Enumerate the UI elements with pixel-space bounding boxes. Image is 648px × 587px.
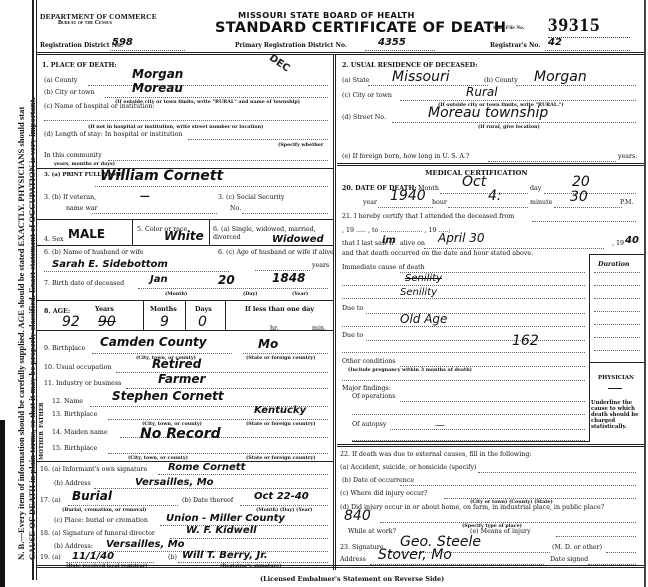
cause-box-bottom: [352, 441, 589, 442]
industry-label: 11. Industry or business: [44, 380, 121, 388]
informant-addr-label: (b) Address: [54, 480, 91, 488]
operations-line: [400, 401, 585, 402]
residence-street-line: [392, 122, 636, 123]
spouse-line: [44, 271, 229, 272]
informant-sig-value: Rome Cornett: [168, 461, 245, 474]
mother-birthplace-line: [108, 453, 328, 454]
birthplace-city-line: [92, 353, 232, 354]
residence-city-label: (c) City or town: [342, 92, 392, 100]
dod-minute-line: [554, 207, 622, 208]
external-b-label: (b) Date of occurrence: [342, 477, 414, 485]
funeral-director-label: 18. (a) Signature of funeral director: [40, 530, 155, 538]
alive-on-label: alive on: [400, 240, 425, 248]
certify-label: 21. I hereby certify that I attended the…: [342, 213, 514, 221]
autopsy-label: Of autopsy: [352, 421, 386, 429]
board-label: MISSOURI STATE BOARD OF HEALTH: [238, 10, 415, 20]
autopsy-line: [390, 429, 585, 430]
age-days-divider: [225, 300, 226, 330]
birth-day-caption: (Day): [243, 291, 258, 297]
due-to-1-line: [366, 313, 585, 314]
spouse-age-label: 6. (c) Age of husband or wife if alive: [218, 249, 334, 257]
informant-addr-value: Versailles, Mo: [135, 476, 214, 489]
autopsy-value: —: [435, 419, 445, 432]
mother-maiden-value: No Record: [140, 428, 221, 441]
primary-reg-line: [365, 50, 435, 51]
primary-reg-label: Primary Registration District No.: [235, 42, 347, 49]
death-occurred-label: and that death occurred on the date and …: [342, 250, 533, 258]
footer-note: (Licensed Embalmer's Statement on Revers…: [260, 575, 444, 583]
age-divider: [37, 330, 333, 331]
age-months-label: Months: [150, 306, 177, 314]
residence-city-line: [400, 100, 636, 101]
alive-year-prefix: , 19: [612, 240, 624, 248]
community-label: In this community: [44, 152, 102, 160]
dod-year-label: year: [363, 199, 377, 207]
father-name-label: 12. Name: [52, 398, 83, 406]
duration-line-2: [594, 285, 640, 286]
immediate-cause-struck: Senility: [405, 272, 442, 285]
death-county-label: (a) County: [44, 77, 77, 85]
external-a-label: (a) Accident, suicide, or homicide (spec…: [340, 464, 477, 472]
veteran-war-label: name war: [66, 205, 98, 213]
dod-day-line: [544, 193, 636, 194]
due-to-2-label: Due to: [342, 332, 363, 340]
birthplace-city-value: Camden County: [100, 336, 207, 349]
certificate-title: STANDARD CERTIFICATE OF DEATH: [215, 20, 506, 36]
other-conditions-line-2: [342, 380, 585, 381]
immediate-cause-label: Immediate cause of death: [342, 264, 425, 272]
registrar-sig-label: (b): [168, 554, 177, 562]
operations-label: Of operations: [352, 393, 395, 401]
side-note-line1: N. B.—Every item of information should b…: [16, 0, 27, 560]
veteran-value: —: [140, 190, 150, 203]
header-divider: [37, 52, 644, 55]
operations-line-2: [352, 414, 585, 415]
foreign-born-suffix: years.: [618, 153, 637, 161]
underline-note: Underline the cause to which death shoul…: [591, 400, 643, 430]
scan-edge-shadow: [0, 420, 5, 587]
received-caption: (Date received local registrar): [66, 563, 147, 569]
informant-sig-line: [158, 474, 328, 475]
residence-state-label: (a) State: [342, 77, 370, 85]
full-name-value: William Cornett: [100, 170, 223, 183]
due-to-1-value: Old Age: [400, 313, 447, 326]
duration-line-5: [594, 324, 640, 325]
date-signed-line: [588, 564, 636, 565]
dod-minute-value: 30: [570, 191, 588, 204]
father-state-caption: (State or foreign country): [246, 421, 315, 427]
residence-city-value: Rural: [466, 86, 498, 99]
burial-type-line: [68, 505, 178, 506]
mother-side-label: MOTHER: [38, 431, 46, 460]
birthplace-state-value: Mo: [258, 338, 278, 351]
outer-border: [32, 0, 37, 580]
funeral-director-value: W. F. Kidwell: [186, 524, 257, 537]
veteran-war-line: [92, 213, 217, 214]
age-years-divider: [143, 300, 144, 330]
foreign-born-label: (e) If foreign born, how long in U. S. A…: [342, 153, 469, 161]
dod-hour-label: hour: [432, 199, 447, 207]
father-side-label: FATHER: [38, 402, 46, 428]
burial-date-label: (b) Date thereof: [182, 497, 233, 505]
received-label: 19. (a): [40, 554, 61, 562]
certify-range: , 19 ..... , to ..................... , …: [342, 227, 451, 235]
occupation-label: 10. Usual occupation: [44, 364, 111, 372]
death-county-line: [88, 85, 328, 86]
physician-label: PHYSICIAN: [598, 374, 634, 382]
mother-maiden-label: 14. Maiden name: [52, 429, 108, 437]
registration-district-label: Registration District No.: [40, 42, 123, 49]
dod-hour-line: [448, 207, 528, 208]
immediate-cause-line-3: [342, 298, 585, 299]
birthplace-label: 9. Birthplace: [44, 345, 85, 353]
dod-month-value: Oct: [462, 176, 486, 189]
veteran-divider: [37, 219, 333, 220]
residence-county-label: (b) County: [484, 77, 518, 85]
immediate-cause-line-2: [342, 285, 585, 286]
death-city-label: (b) City or town: [44, 89, 94, 97]
dod-ampm: P.M.: [620, 199, 633, 207]
dod-hour-value: 4:: [488, 190, 502, 203]
registrar-line: [545, 50, 630, 51]
alive-on-line: [424, 248, 604, 249]
age-months-divider: [185, 300, 186, 330]
spouse-label: 6. (b) Name of husband or wife: [44, 249, 144, 257]
informant-sig-label: 16. (a) Informant's own signature: [40, 466, 147, 474]
cause-code-annotation: 162: [512, 335, 539, 348]
ssn-line: [242, 213, 328, 214]
residence-county-line: [516, 85, 636, 86]
due-to-1-line-2: [342, 326, 585, 327]
industry-value: Farmer: [158, 373, 205, 386]
hospital-label: (c) Name of hospital or institution:: [44, 103, 155, 111]
duration-bottom-border: [589, 362, 644, 363]
registrar-sig-value: Will T. Berry, Jr.: [182, 549, 268, 562]
age-hr-label: hr.: [270, 325, 278, 333]
duration-line-3: [594, 298, 640, 299]
occupation-line: [116, 372, 328, 373]
birth-year-value: 1848: [272, 272, 305, 285]
age-days-value: 0: [198, 316, 207, 329]
duration-label: Duration: [598, 261, 630, 269]
birth-year-caption: (Year): [292, 291, 308, 297]
birth-month-caption: (Month): [165, 291, 187, 297]
due-to-2-line: [366, 340, 585, 341]
external-b-line: [400, 485, 636, 486]
external-annotation: 840: [344, 510, 371, 523]
md-label: (M. D. or other): [552, 544, 602, 552]
director-addr-value: Versailles, Mo: [106, 538, 185, 551]
state-file-number: 39315: [548, 15, 630, 38]
birth-month-value: Jan: [150, 273, 168, 286]
residence-street-value: Moreau township: [428, 107, 548, 120]
dod-month-line: [440, 193, 528, 194]
dod-minute-label: minute: [530, 199, 552, 207]
date-signed-label: Date signed: [550, 556, 588, 564]
stay-line: [188, 139, 328, 140]
due-to-1-label: Due to: [342, 305, 363, 313]
center-divider: [333, 55, 336, 570]
external-heading: 22. If death was due to external causes,…: [340, 451, 532, 459]
age-years-struck: 90: [98, 316, 116, 329]
age-less-label: If less than one day: [245, 306, 314, 314]
burial-date-value: Oct 22-40: [254, 490, 309, 503]
external-c-label: (c) Where did injury occur?: [340, 490, 427, 498]
other-conditions-label: Other conditions: [342, 358, 396, 366]
alive-on-value: April 30: [438, 232, 485, 245]
received-stamp: DEC: [267, 53, 292, 75]
physician-addr-label: Address: [340, 556, 366, 564]
death-county-value: Morgan: [132, 68, 183, 81]
residence-divider: [337, 163, 644, 166]
age-min-label: min.: [312, 325, 326, 333]
registrar-value: 42: [548, 36, 562, 49]
race-value: White: [164, 230, 204, 243]
spouse-value: Sarah E. Sidebottom: [52, 258, 168, 271]
race-marital-divider: [209, 219, 210, 245]
residence-street-label: (d) Street No.: [342, 114, 386, 122]
age-years-value: 92: [62, 316, 80, 329]
dod-day-value: 20: [572, 176, 590, 189]
hospital-note: (If not in hospital or institution, writ…: [88, 124, 263, 130]
father-birthplace-label: 13. Birthplace: [52, 411, 97, 419]
received-value: 11/1/40: [72, 550, 114, 563]
place-of-death-heading: 1. PLACE OF DEATH:: [42, 62, 117, 70]
ssn-label: 3. (c) Social Security: [218, 194, 285, 202]
age-months-value: 9: [160, 316, 169, 329]
while-at-work-label: While at work?: [348, 528, 396, 536]
primary-reg-value: 4355: [378, 36, 406, 49]
funeral-director-line: [170, 538, 328, 539]
community-note: years, months or days): [54, 161, 115, 167]
burial-type-label: 17. (a): [40, 497, 61, 505]
due-to-2-line-2: [342, 352, 585, 353]
major-findings-label: Major findings:: [342, 385, 391, 393]
bureau-label: Bureau of the Census: [58, 20, 112, 26]
community-line: [108, 160, 328, 161]
birth-date-line: [138, 288, 328, 289]
birth-date-label: 7. Birth date of deceased: [44, 280, 124, 288]
right-border: [644, 0, 646, 587]
registrar-sig-caption: (Registrar's signature): [220, 563, 281, 569]
full-name-line: [95, 186, 328, 187]
registrar-label: Registrar's No.: [490, 42, 540, 49]
residence-state-value: Missouri: [392, 71, 450, 84]
registration-district-value: 598: [112, 36, 133, 49]
last-saw-him-value: im: [382, 234, 396, 247]
death-city-value: Moreau: [132, 82, 183, 95]
external-a-line: [478, 472, 636, 473]
physician-addr-value: Stover, Mo: [378, 549, 452, 562]
sex-value: MALE: [68, 228, 105, 241]
occupation-value: Retired: [152, 358, 201, 371]
sex-label: 4. Sex: [44, 236, 64, 244]
md-line: [606, 552, 636, 553]
birthplace-state-caption: (State or foreign country): [246, 355, 315, 361]
sex-divider: [37, 245, 333, 246]
father-birthplace-value: Kentucky: [254, 404, 306, 417]
age-years-label: Years: [95, 306, 114, 314]
burial-type-value: Burial: [72, 490, 112, 503]
age-days-label: Days: [195, 306, 212, 314]
duration-top-border: [589, 254, 644, 255]
duration-line-1: [594, 272, 640, 273]
alive-year-value: 40: [625, 234, 639, 247]
residence-street-note: (If rural, give location): [478, 124, 540, 130]
mother-birthplace-label: 15. Birthplace: [52, 445, 97, 453]
external-d-label: (d) Did injury occur in or about home, o…: [340, 504, 604, 512]
father-birthplace-line: [108, 419, 328, 420]
burial-place-label: (c) Place: burial or cremation: [54, 517, 148, 525]
stay-label: (d) Length of stay: In hospital or insti…: [44, 131, 182, 139]
state-file-label: State File No.: [493, 25, 524, 31]
birth-day-value: 20: [218, 274, 235, 287]
medical-divider: [337, 444, 644, 447]
underline-note-divider: [589, 362, 590, 442]
duration-line-4: [594, 311, 640, 312]
physician-rule: [608, 388, 622, 389]
hospital-line: [44, 120, 328, 121]
father-name-value: Stephen Cornett: [112, 390, 224, 403]
foreign-born-line: [488, 161, 616, 162]
duration-line-6: [594, 337, 640, 338]
residence-county-value: Morgan: [534, 71, 587, 84]
physician-addr-line: [370, 564, 544, 565]
ssn-no-label: No.: [230, 205, 241, 213]
death-city-line: [105, 97, 328, 98]
certify-line: [532, 221, 636, 222]
dod-year-line: [378, 207, 433, 208]
dod-day-label: day: [530, 185, 541, 193]
birthplace-state-line: [243, 353, 328, 354]
physician-sig-label: 23. Signature: [340, 544, 384, 552]
reg-district-line: [110, 50, 185, 51]
duration-line-7: [594, 350, 640, 351]
burial-date-line: [240, 505, 328, 506]
dod-year-value: 1940: [390, 190, 426, 203]
stay-note: (Specify whether: [278, 142, 323, 148]
sex-race-divider: [132, 219, 133, 245]
veteran-label: 3. (b) If veteran,: [44, 194, 96, 202]
spouse-age-suffix: years: [312, 262, 329, 270]
other-conditions-note: (Include pregnancy within 3 months of de…: [348, 367, 472, 373]
means-of-injury-line: [556, 536, 636, 537]
burial-type-caption: (Burial, cremation, or removal): [62, 507, 146, 513]
